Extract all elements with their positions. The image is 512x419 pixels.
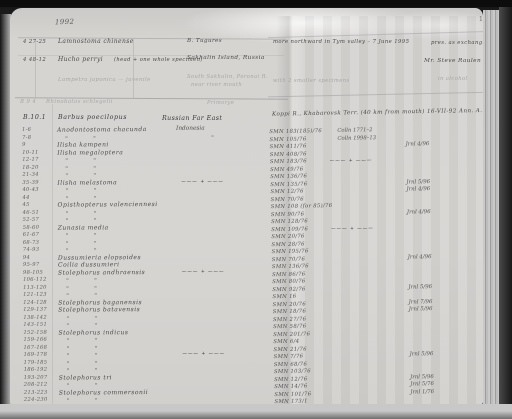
column-rule [133,39,134,98]
specimen-mark: ——— + ——— [181,180,224,185]
ditto-mark: " [66,339,69,345]
year-label: 1992 [55,19,75,27]
specimen-mark: ——— + ——— [331,227,374,232]
registration-number: SMN 108 (for 85)/76 [271,204,333,210]
journal-reference: Jrnl 4/96 [408,255,432,261]
registration-number: SMN 68/76 [274,362,307,368]
species-name-pencil: Lampetra japonica — juvenile [58,78,151,83]
registration-number: SMN 27/76 [273,317,306,323]
ditto-mark: " [66,234,69,240]
registration-number: SMN 18/76 [273,310,306,316]
journal-reference: Jrnl 1/76 [410,390,434,396]
specimen-range: 124-128 [23,300,47,305]
registration-number: SMN 6/4 [273,340,299,346]
column-rule [35,39,36,98]
section-code-pencil: B 9 4 [20,100,36,105]
species-name: Stolephorus commersonii [59,390,148,397]
ditto-mark: " [94,286,97,292]
registration-number: SMN 109/76 [271,227,308,233]
book-spread: 1992 128 4 27-25 Lamnostoma chinense B. … [10,8,483,405]
ditto-mark: " [95,353,98,359]
note-pencil: with 2 smaller specimens [273,79,350,84]
species-name: Anodontostoma chacunda [57,127,147,134]
photo-top-band [0,0,512,7]
specimen-range: 94 [23,255,30,260]
journal-reference: Jrnl 5/96 [406,180,430,186]
ditto-mark: " [67,346,70,352]
journal-reference: Jrnl 4/96 [407,210,431,216]
ditto-mark: " [67,361,70,367]
registration-number: SMN 7/76 [274,355,304,361]
entry-number: 4 27-25 [23,40,46,45]
registration-number: SMN 136/76 [272,264,309,270]
registration-list-right: SMN 183(185)/76 Colln 1771–2 ——— + ——— S… [267,126,483,405]
ditto-mark: " [93,166,96,172]
specimen-range: 113-120 [23,285,47,290]
ditto-mark: " [93,188,96,194]
specimen-mark: ——— + ——— [182,270,225,275]
ditto-mark: " [94,233,97,239]
registration-number: SMN 70/76 [271,197,304,203]
specimen-range: 98-105 [23,270,43,275]
species-name: Stolephorus batavensis [58,307,140,314]
registration-number: SMN 195/76 [272,249,309,255]
journal-reference: Jrnl 7/96 [409,300,433,306]
specimen-mark: ——— + ——— [330,159,373,164]
page-stack-right-edge [483,10,500,408]
collector-name: Ann. A. Kauer [459,109,483,115]
registration-number: SMN 20/76 [273,302,306,308]
ditto-mark: " [65,189,68,195]
ditto-mark: " [66,316,69,322]
ditto-mark: " [66,211,69,217]
specimen-range: 224-230 [24,398,48,403]
registration-number: SMN 12/76 [274,377,307,383]
ditto-mark: " [94,211,97,217]
species-name: Coilia dussumieri [58,262,120,268]
registration-number: SMN 28/76 [271,242,304,248]
registration-number: SMN 201/76 [273,332,310,338]
journal-reference: Jrnl 5/96 [409,307,433,313]
species-name: Stolephorus andhraensis [58,270,145,277]
species-name: Dussumieria elopsoides [58,255,141,262]
specimen-range: 159-166 [23,338,47,343]
species-name: Opisthopterus valenciennesi [58,202,158,209]
specimen-range: 52-57 [23,218,40,223]
note-pencil: in alcohol [438,77,468,82]
specimen-range: 213-223 [24,390,48,395]
species-name: Ilisha megaloptera [57,150,123,156]
registration-number: SMN 105/76 [269,137,306,143]
registration-number: SMN 183(185)/76 [269,129,322,135]
registration-number: SMN 128/76 [271,219,308,225]
specimen-range: 121-123 [23,293,47,298]
specimen-range: 95-97 [23,263,40,268]
specimen-range: 68-73 [23,240,40,245]
registration-number: SMN 80/76 [272,280,305,286]
journal-reference: Jrnl 4/96 [406,142,430,148]
specimen-range: 44 [22,195,29,200]
journal-reference: Jrnl 5/96 [410,375,434,381]
specimen-range: 169-178 [24,353,48,358]
ditto-mark: " [67,354,70,360]
section-code: B.10.1 [23,115,46,121]
registration-number: SMN 12/76 [270,190,303,196]
specimen-range: 208-212 [24,383,48,388]
specimen-range: 143-151 [23,323,47,328]
registration-number: SMN 58/76 [273,325,306,331]
ditto-mark: " [94,278,97,284]
ditto-mark: " [95,346,98,352]
locality-pencil: South Sakhalin, Poronai R. [187,75,268,80]
specimen-range: 138-142 [23,315,47,320]
book-bottom-edge [0,404,512,419]
journal-reference: Jrnl 4/96 [406,187,430,193]
specimen-range: 18-20 [22,165,39,170]
registration-number: SMN 20/76 [271,235,304,241]
collection-number: Colln 1998–13 [337,136,376,142]
specimen-range: 1-6 [22,128,31,133]
ditto-mark: " [66,241,69,247]
specimen-range: 7-8 [22,135,31,140]
donor-name: Mr. Steve Raulen [424,59,481,65]
registration-number: SMN 101/76 [274,392,311,398]
journal-reference: Jrnl 5/96 [410,352,434,358]
species-name: Hucho perryi [58,57,103,63]
locality-pencil: Primorye [207,101,234,106]
ditto-mark: " [65,159,68,165]
specimen-range: 193-207 [24,375,48,380]
ditto-mark: " [66,286,69,292]
specimen-range: 74-93 [23,248,40,253]
entry-number: 4 48-12 [23,58,46,63]
registration-number: SMN 183/76 [270,159,307,165]
journal-reference: Jrnl 5/76 [410,382,434,388]
ditto-mark: " [94,241,97,247]
specimen-range: 179-185 [24,360,48,365]
species-name: Stolephorus tri [59,375,112,381]
specimen-range: 10-11 [22,150,39,155]
registration-number: SMN 136/76 [270,174,307,180]
locality: Sakhalin Island, Russia [187,56,265,62]
specimen-range: 40-43 [22,188,39,193]
registration-number: SMN 90/76 [271,212,304,218]
locality-pencil: near river mouth [191,83,242,88]
species-name: Ilisha melastoma [57,180,117,186]
book-edge-shadow [499,0,512,419]
species-name: Ilisha kampeni [57,142,109,148]
section-title: Barbus poecilopus [58,115,127,121]
registration-number: SMN 92/76 [272,287,305,293]
ledger-photo: 1992 128 4 27-25 Lamnostoma chinense B. … [0,0,512,419]
ditto-mark: " [65,166,68,172]
section-region: Russian Far East [162,116,222,122]
registration-number: SMN 21/76 [273,347,306,353]
specimen-range: 106-112 [23,278,47,283]
specimen-range: 21-34 [22,173,39,178]
specimen-range: 12-17 [22,158,39,163]
specimen-range: 167-168 [24,345,48,350]
specimen-range: 45 [23,203,30,208]
acquisition-note: pres. as exchange [431,41,483,46]
specimen-range: 152-158 [23,330,47,335]
locality: Indonesia [176,127,205,133]
ditto-mark: " [94,316,97,322]
species-name-pencil: Rhinobatos schlegelii [46,100,113,105]
registration-number: SMN 408/76 [270,152,307,158]
specimen-range: 35-39 [22,180,39,185]
collection-number: Colln 1771–2 [337,128,372,134]
locality: B. Tugures [187,39,222,45]
specimen-range: 58-60 [23,225,40,230]
specimen-range: 186-192 [24,368,48,373]
specimen-range: 129-137 [23,308,47,313]
specimen-range: 46-51 [23,210,40,215]
ditto-mark: " [93,158,96,164]
registration-number: SMN 16 [272,295,296,301]
registration-number: SMN 70/76 [272,257,305,263]
registration-number: SMN 86/76 [272,272,305,278]
species-name: Lamnostoma chinense [58,39,134,45]
species-name: Stolephorus indicus [58,330,128,336]
registration-number: SMN 135/76 [270,182,307,188]
specimen-range: 61-67 [23,233,40,238]
registration-number: SMN 103/76 [274,369,311,375]
collection-note: more northward in Tym valley – 7 June 19… [273,40,409,45]
ditto-mark: " [66,279,69,285]
specimen-mark: ——— + ——— [183,352,226,357]
ditto-mark: " [211,135,214,141]
specimen-range: 9 [22,143,26,148]
journal-reference: Jrnl 5/96 [408,285,432,291]
ditto-mark: " [95,361,98,367]
registration-number: SMN 14/76 [274,384,307,390]
ditto-mark: " [94,338,97,344]
specimen-list-left: 1-6 Anodontostoma chacunda " " Indonesia… [13,126,287,405]
registration-number: SMN 411/76 [270,144,307,150]
species-name: Zunasia media [58,225,109,231]
registration-number: SMN 49/76 [270,167,303,173]
